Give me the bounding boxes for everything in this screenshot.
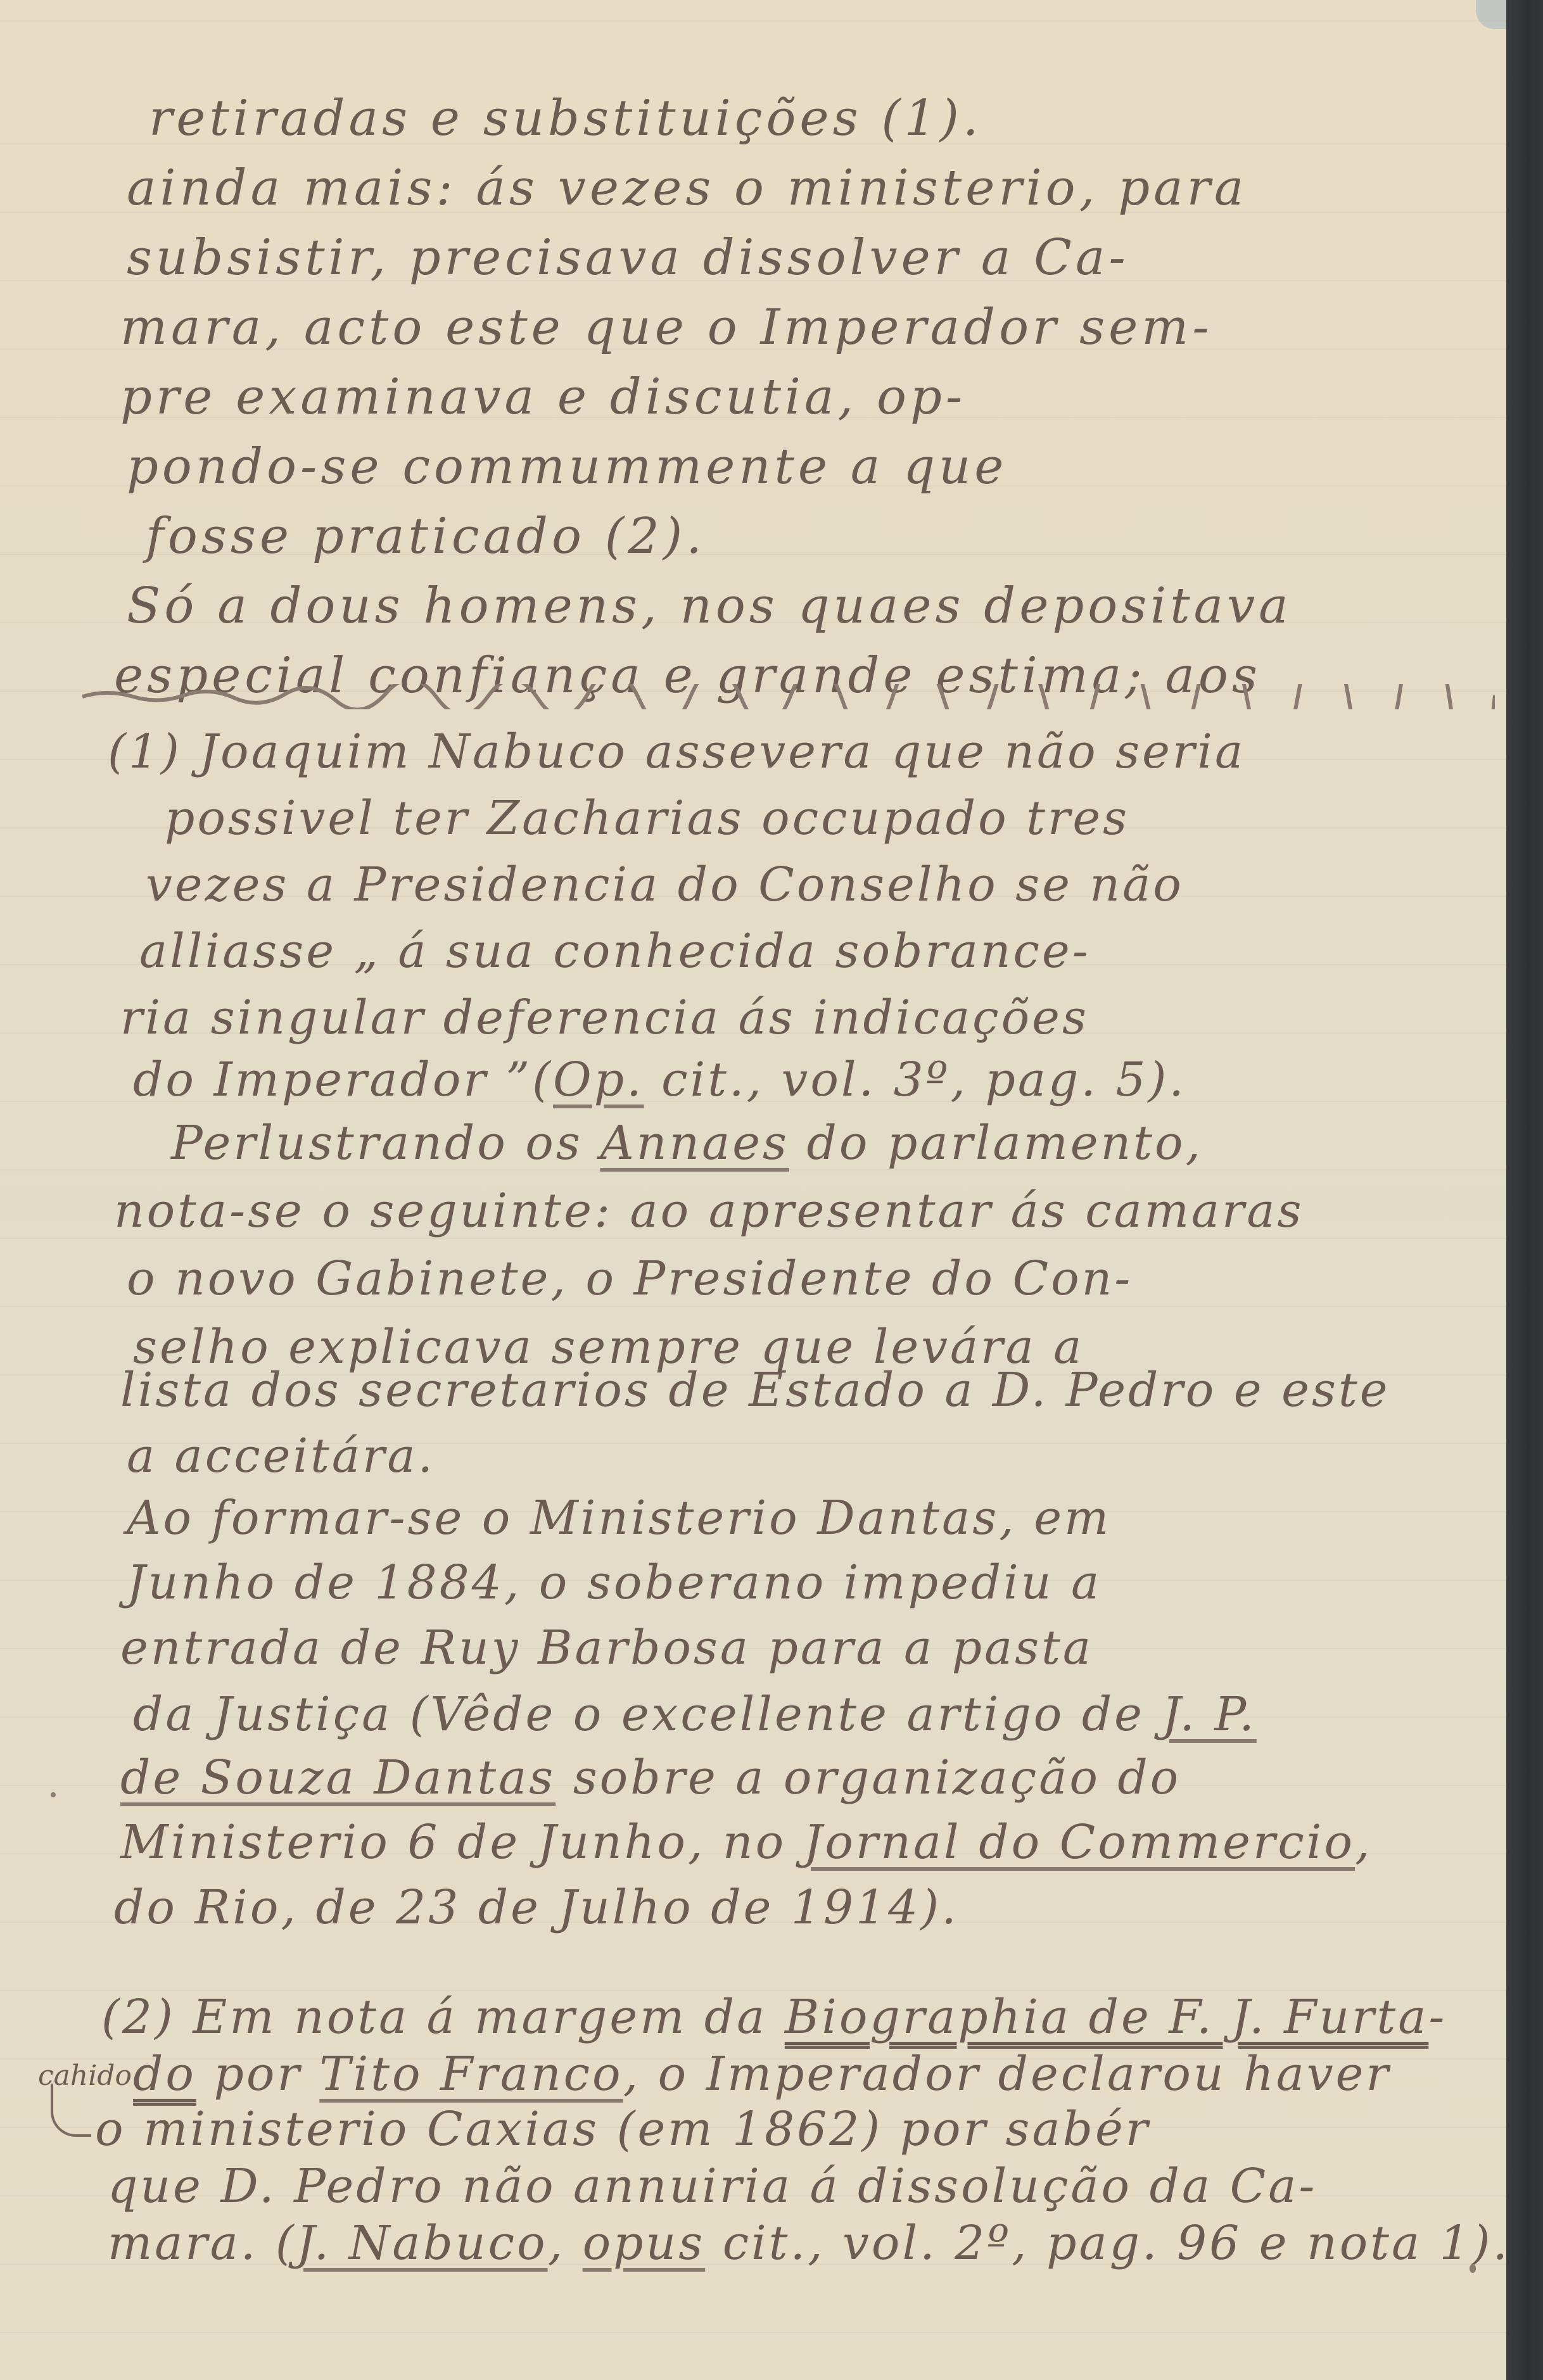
biographia-double-underlined: Biographia de F. J. Furta (785, 1990, 1429, 2044)
book-spine-background (1506, 0, 1543, 2380)
main-line-4: mara, acto este que o Imperador sem- (120, 303, 1213, 352)
footnote-1-line-12: a acceitára. (127, 1433, 435, 1479)
footnote-1-line-11: lista dos secretarios de Estado a D. Ped… (120, 1367, 1390, 1414)
souza-dantas-underlined: de Souza Dantas (120, 1750, 556, 1805)
footnote-1-line-16: da Justiça (Vêde o excellente artigo de … (133, 1691, 1257, 1738)
opus-underlined: opus (583, 2216, 706, 2270)
footnote-2-line-1: (2) Em nota á margem da Biographia de F.… (101, 1994, 1447, 2041)
main-line-3: subsistir, precisava dissolver a Ca- (127, 233, 1129, 282)
footnote-1-line-9: o novo Gabinete, o Presidente do Con- (127, 1255, 1133, 1302)
footnote-2-line-5: mara. (J. Nabuco, opus cit., vol. 2º, pa… (108, 2220, 1510, 2267)
annaes-underlined: Annaes (600, 1116, 789, 1170)
footnote-1-line-15: entrada de Ruy Barbosa para a pasta (120, 1624, 1093, 1671)
jp-underlined: J. P. (1162, 1687, 1257, 1742)
footnote-1-line-1: (1) Joaquim Nabuco assevera que não seri… (108, 728, 1245, 775)
footnote-1-line-19: do Rio, de 23 de Julho de 1914). (114, 1884, 959, 1931)
main-line-8: Só a dous homens, nos quaes depositava (127, 581, 1292, 631)
jornal-do-commercio-underlined: Jornal do Commercio (804, 1815, 1355, 1870)
ink-speck (1470, 2264, 1476, 2273)
footnote-1-line-8: nota-se o seguinte: ao apresentar ás cam… (114, 1187, 1304, 1234)
footnote-2-line-2: do por Tito Franco, o Imperador declarou… (133, 2051, 1391, 2098)
footnote-1-line-14: Junho de 1884, o soberano impediu a (127, 1559, 1102, 1606)
footnote-1-line-6: do Imperador ”(Op. cit., vol. 3º, pag. 5… (133, 1056, 1186, 1103)
footnote-2-line-4: que D. Pedro não annuiria á dissolução d… (108, 2163, 1317, 2210)
footnote-1-line-2: possivel ter Zacharias occupado tres (165, 795, 1129, 842)
main-line-1: retiradas e substituições (1). (149, 94, 982, 143)
footnote-1-line-7: Perlustrando os Annaes do parlamento, (171, 1120, 1203, 1167)
footnote-1-line-18: Ministerio 6 de Junho, no Jornal do Comm… (120, 1819, 1373, 1866)
footnote-1-line-13: Ao formar-se o Ministerio Dantas, em (127, 1495, 1111, 1541)
footnote-1-line-5: ria singular deferencia ás indicações (120, 994, 1089, 1041)
footnote-1-line-4: alliasse „ á sua conhecida sobrance- (139, 928, 1091, 975)
footnote-2-line-3: o ministerio Caxias (em 1862) por sabér (95, 2106, 1150, 2153)
op-cit-underlined: Op. (553, 1053, 644, 1107)
tito-franco-underlined: Tito Franco (319, 2047, 623, 2101)
ink-speck (51, 1792, 56, 1797)
main-line-7: fosse praticado (2). (146, 512, 706, 561)
main-line-5: pre examinava e discutia, op- (120, 372, 966, 422)
main-line-2: ainda mais: ás vezes o ministerio, para (127, 163, 1247, 213)
footnote-1-line-3: vezes a Presidencia do Conselho se não (146, 861, 1184, 908)
manuscript-page: retiradas e substituições (1). ainda mai… (0, 0, 1506, 2380)
j-nabuco-underlined: J. Nabuco (296, 2216, 548, 2270)
marginal-insert-bracket (51, 2084, 91, 2137)
footnote-separator-line (82, 684, 1495, 709)
main-line-6: pondo-se commummente a que (127, 442, 1007, 491)
torn-corner (1476, 0, 1506, 29)
footnote-1-line-17: de Souza Dantas sobre a organização do (120, 1754, 1181, 1801)
